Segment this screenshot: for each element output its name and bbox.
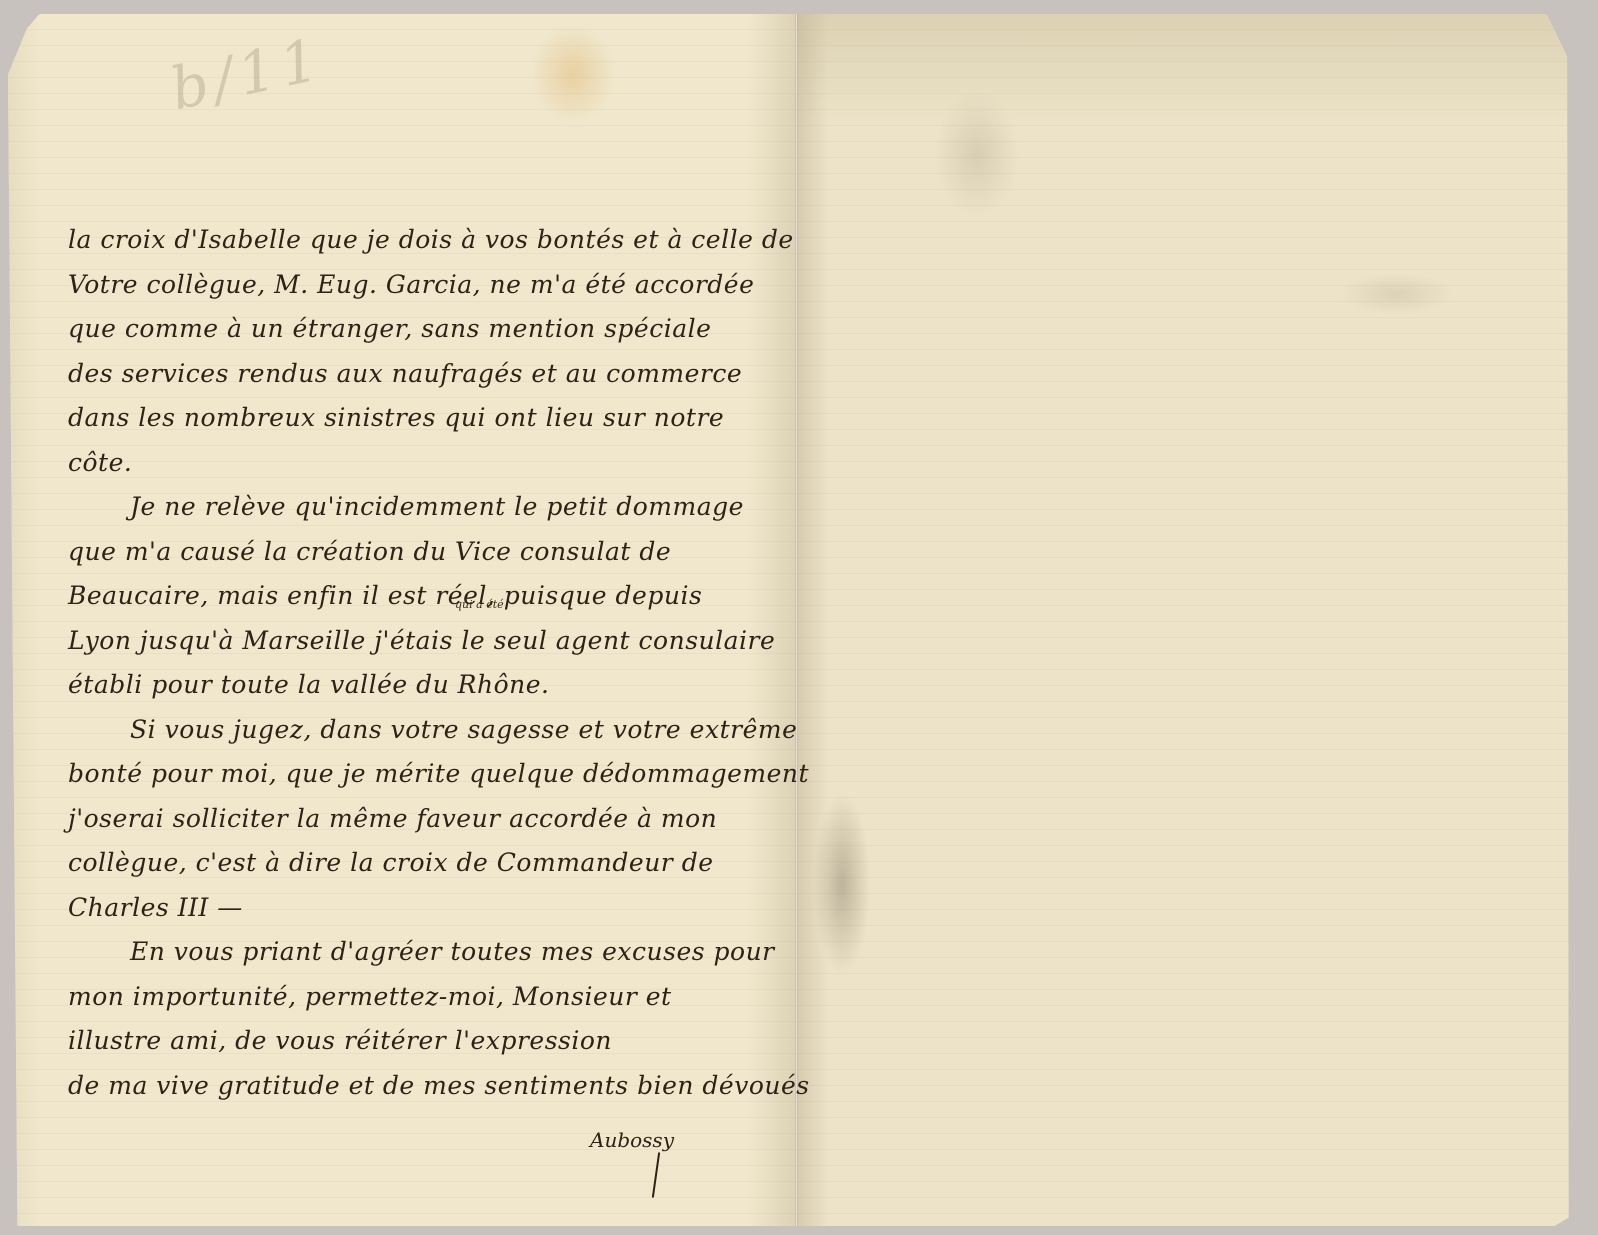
letter-line: côte. [68, 441, 788, 486]
letter-line: Charles III — [68, 886, 788, 931]
letter-line: En vous priant d'agréer toutes mes excus… [68, 930, 788, 975]
letter-line: de ma vive gratitude et de mes sentiment… [68, 1064, 788, 1109]
letter-line: Votre collègue, M. Eug. Garcia, ne m'a é… [68, 263, 788, 308]
letter-line: Si vous jugez, dans votre sagesse et vot… [68, 708, 788, 753]
interlinear-insertion: qui a été [455, 598, 504, 611]
letter-line: des services rendus aux naufragés et au … [68, 352, 788, 397]
letter-line: collègue, c'est à dire la croix de Comma… [68, 841, 788, 886]
signature: Aubossy [590, 1128, 674, 1152]
center-fold [795, 14, 798, 1226]
letter-line: dans les nombreux sinistres qui ont lieu… [68, 396, 788, 441]
letter-line: Je ne relève qu'incidemment le petit dom… [68, 485, 788, 530]
letter-line: j'oserai solliciter la même faveur accor… [68, 797, 788, 842]
letter-line: illustre ami, de vous réitérer l'express… [68, 1019, 788, 1064]
letter-body: la croix d'Isabelle que je dois à vos bo… [68, 218, 788, 1108]
letter-line: établi pour toute la vallée du Rhône. [68, 663, 788, 708]
letter-line: Beaucaire, mais enfin il est réel, puisq… [68, 574, 788, 619]
letter-line: bonté pour moi, que je mérite quelque dé… [68, 752, 788, 797]
letter-line: que comme à un étranger, sans mention sp… [68, 307, 788, 352]
letter-line: que m'a causé la création du Vice consul… [68, 530, 788, 575]
letter-line: la croix d'Isabelle que je dois à vos bo… [68, 218, 788, 263]
letter-line: Lyon jusqu'à Marseille j'étais le seul a… [68, 619, 788, 664]
right-page-blank [797, 14, 1586, 1226]
letter-line: mon importunité, permettez-moi, Monsieur… [68, 975, 788, 1020]
